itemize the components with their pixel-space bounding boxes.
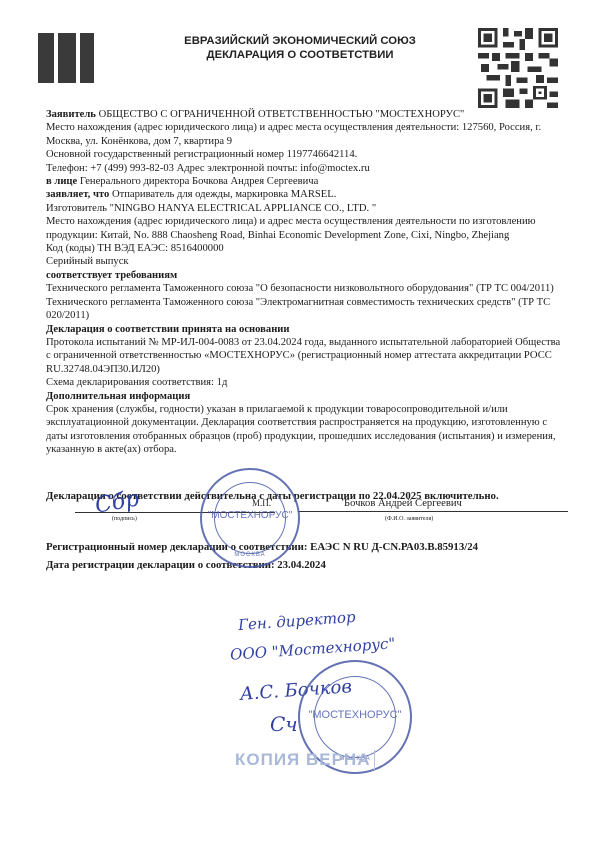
requirement-item: Технического регламента Таможенного союз… — [46, 296, 566, 323]
header-title: ДЕКЛАРАЦИЯ О СООТВЕТСТВИИ — [150, 49, 450, 63]
signer-name: Бочков Андрей Сергеевич — [344, 498, 462, 509]
company-seal-stamp: "МОСТЕХНОРУС" МОСКВА — [200, 468, 300, 568]
handwritten-company: ООО "Мостехнорус" — [230, 634, 396, 663]
requirement-item: Технического регламента Таможенного союз… — [46, 282, 566, 295]
header-union: ЕВРАЗИЙСКИЙ ЭКОНОМИЧЕСКИЙ СОЮЗ — [150, 35, 450, 49]
manufacturer-address: Место нахождения (адрес юридического лиц… — [46, 215, 566, 242]
qr-code-icon — [478, 22, 558, 114]
document-header: ЕВРАЗИЙСКИЙ ЭКОНОМИЧЕСКИЙ СОЮЗ ДЕКЛАРАЦИ… — [150, 35, 450, 62]
applicant-address: Место нахождения (адрес юридического лиц… — [46, 121, 566, 148]
additional-heading: Дополнительная информация — [46, 390, 566, 403]
basis-heading: Декларация о соответствии принята на осн… — [46, 323, 566, 336]
requirements-heading: соответствует требованиям — [46, 269, 566, 282]
declared-product: заявляет, что Отпариватель для одежды, м… — [46, 188, 566, 201]
applicant-representative: в лице Генерального директора Бочкова Ан… — [46, 175, 566, 188]
applicant-contacts: Телефон: +7 (499) 993-82-03 Адрес электр… — [46, 162, 566, 175]
release-type: Серийный выпуск — [46, 255, 566, 268]
eac-mark-icon — [38, 33, 98, 83]
basis-scheme: Схема декларирования соответствия: 1д — [46, 376, 566, 389]
copy-certified-stamp: КОПИЯ ВЕРНА — [235, 750, 375, 770]
manufacturer: Изготовитель "NINGBO HANYA ELECTRICAL AP… — [46, 202, 566, 215]
signer-name-caption: (Ф.И.О. заявителя) — [385, 516, 433, 522]
signature-caption: (подпись) — [112, 516, 137, 522]
basis-protocol: Протокола испытаний № МР-ИЛ-004-0083 от … — [46, 336, 566, 376]
signer-name-line — [298, 511, 568, 512]
handwritten-title: Ген. директор — [238, 608, 357, 634]
hs-code: Код (коды) ТН ВЭД ЕАЭС: 8516400000 — [46, 242, 566, 255]
declaration-body: Заявитель ОБЩЕСТВО С ОГРАНИЧЕННОЙ ОТВЕТС… — [46, 108, 566, 457]
applicant-line: Заявитель ОБЩЕСТВО С ОГРАНИЧЕННОЙ ОТВЕТС… — [46, 108, 566, 121]
additional-text: Срок хранения (службы, годности) указан … — [46, 403, 566, 457]
handwritten-signature: Сч — [270, 712, 298, 736]
applicant-ogrn: Основной государственный регистрационный… — [46, 148, 566, 161]
